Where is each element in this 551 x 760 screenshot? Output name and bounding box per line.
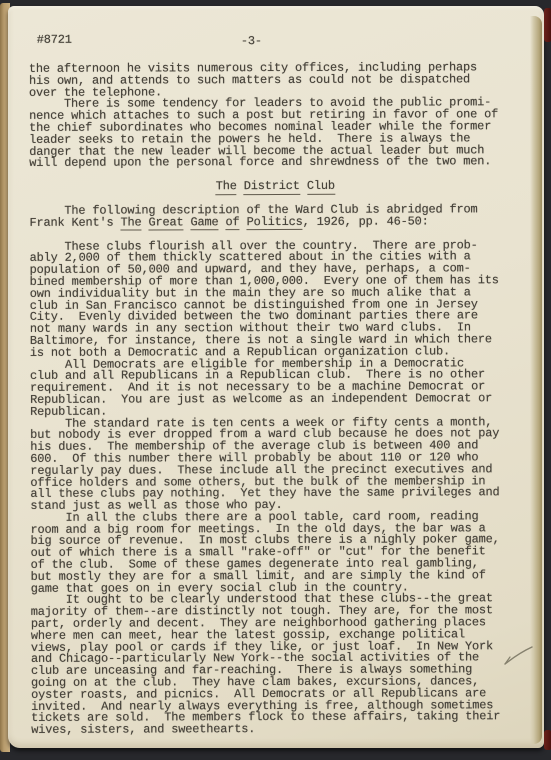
heading-line: The District Club (29, 180, 521, 194)
page-content: #8721 -3- the afternoon he visits numero… (29, 31, 523, 737)
pencil-checkmark-icon (497, 643, 535, 673)
doc-number: #8721 (37, 33, 72, 47)
page-paper: #8721 -3- the afternoon he visits numero… (8, 6, 544, 748)
document-body: the afternoon he visits numerous city of… (29, 62, 523, 737)
page-stack-edge-right (530, 16, 542, 744)
text-line: will depend upon the personal force and … (29, 157, 521, 171)
text-line: Frank Kent's The Great Game of Politics,… (29, 216, 521, 230)
page-number: -3- (241, 34, 262, 48)
section-heading: The District Club (29, 180, 521, 194)
scan-backdrop: { "scan": { "paper_color": "#e9e3d0", "i… (0, 0, 551, 760)
page-header: #8721 -3- (29, 31, 521, 47)
paragraph-block: the afternoon he visits numerous city of… (29, 62, 521, 170)
paragraph-block: The following description of the Ward Cl… (29, 204, 521, 229)
red-binding-bottom-right (544, 730, 551, 750)
red-binding-top-right (544, 8, 551, 42)
text-line: wives, sisters, and sweethearts. (31, 723, 523, 737)
paragraph-block: These clubs flourish all over the countr… (30, 240, 524, 737)
